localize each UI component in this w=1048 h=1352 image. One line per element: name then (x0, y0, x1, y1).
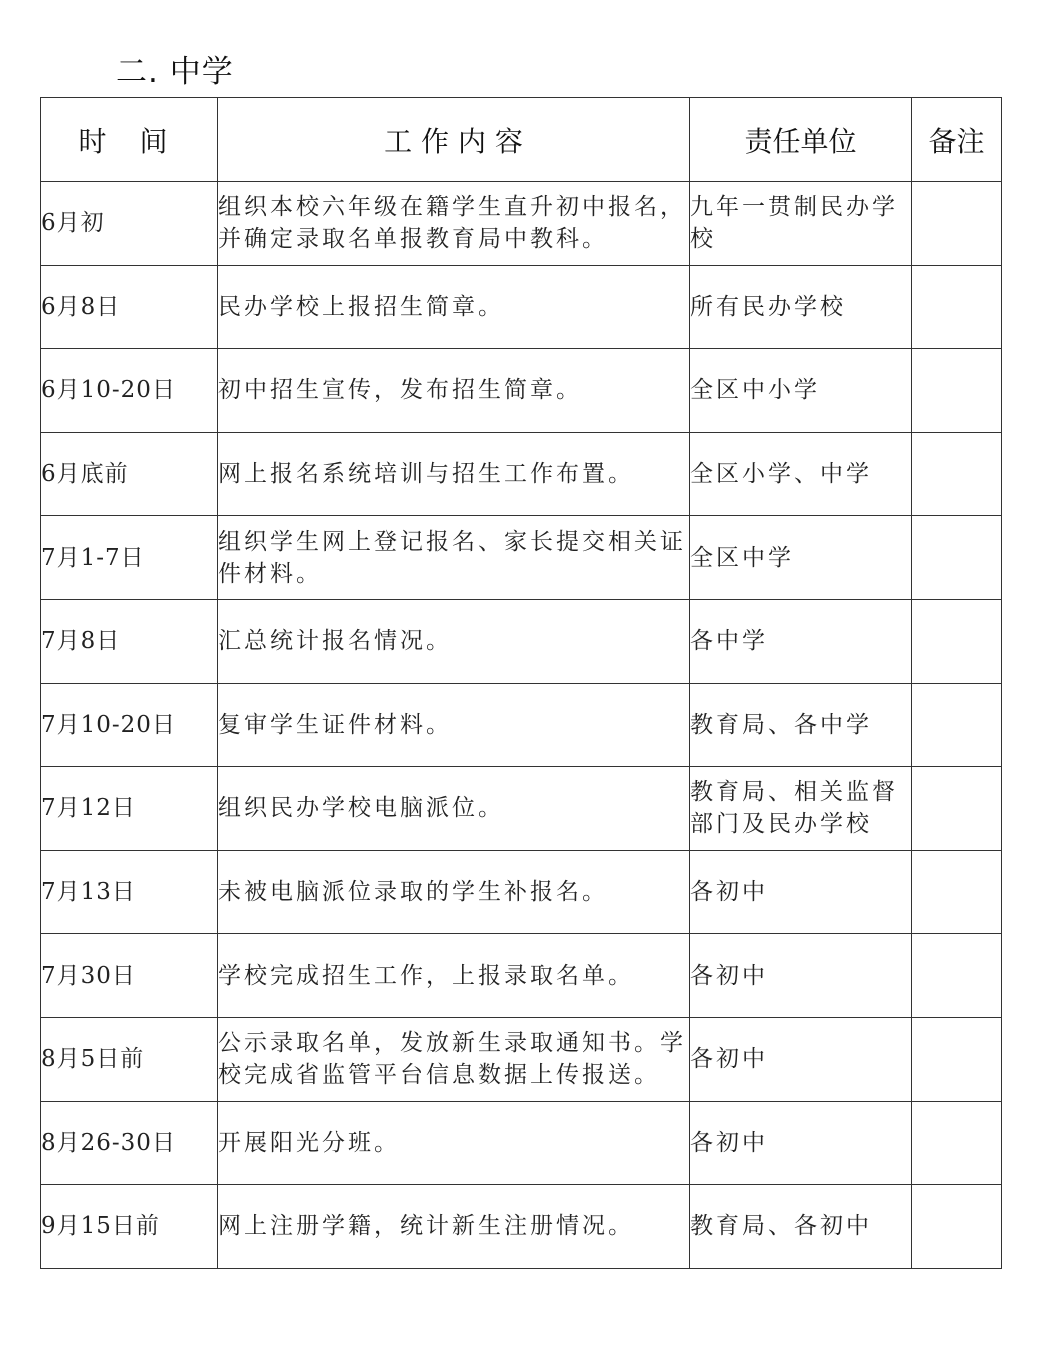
cell-time: 9月15日前 (41, 1185, 218, 1269)
cell-time: 8月5日前 (41, 1017, 218, 1101)
table-row: 9月15日前网上注册学籍，统计新生注册情况。教育局、各初中 (41, 1185, 1002, 1269)
cell-note (912, 934, 1002, 1018)
table-row: 7月1-7日组织学生网上登记报名、家长提交相关证件材料。全区中学 (41, 516, 1002, 600)
enrollment-schedule-table: 时 间 工 作 内 容 责任单位 备注 6月初组织本校六年级在籍学生直升初中报名… (40, 97, 1002, 1269)
cell-unit: 九年一贯制民办学校 (690, 182, 912, 266)
cell-unit: 各初中 (690, 934, 912, 1018)
cell-unit: 各初中 (690, 850, 912, 934)
table-row: 8月5日前公示录取名单，发放新生录取通知书。学校完成省监管平台信息数据上传报送。… (41, 1017, 1002, 1101)
cell-unit: 教育局、相关监督部门及民办学校 (690, 767, 912, 851)
table-row: 7月12日组织民办学校电脑派位。教育局、相关监督部门及民办学校 (41, 767, 1002, 851)
table-row: 7月13日未被电脑派位录取的学生补报名。各初中 (41, 850, 1002, 934)
table-row: 7月10-20日复审学生证件材料。教育局、各中学 (41, 683, 1002, 767)
cell-note (912, 683, 1002, 767)
cell-content: 初中招生宣传，发布招生简章。 (218, 349, 690, 433)
cell-content: 复审学生证件材料。 (218, 683, 690, 767)
cell-note (912, 850, 1002, 934)
cell-unit: 全区中学 (690, 516, 912, 600)
cell-content: 网上报名系统培训与招生工作布置。 (218, 432, 690, 516)
cell-note (912, 1185, 1002, 1269)
cell-unit: 教育局、各初中 (690, 1185, 912, 1269)
table-row: 6月10-20日初中招生宣传，发布招生简章。全区中小学 (41, 349, 1002, 433)
cell-unit: 全区中小学 (690, 349, 912, 433)
cell-unit: 教育局、各中学 (690, 683, 912, 767)
cell-time: 7月30日 (41, 934, 218, 1018)
header-unit: 责任单位 (690, 98, 912, 182)
cell-content: 未被电脑派位录取的学生补报名。 (218, 850, 690, 934)
cell-note (912, 432, 1002, 516)
cell-content: 汇总统计报名情况。 (218, 599, 690, 683)
cell-note (912, 516, 1002, 600)
cell-unit: 各中学 (690, 599, 912, 683)
cell-content: 公示录取名单，发放新生录取通知书。学校完成省监管平台信息数据上传报送。 (218, 1017, 690, 1101)
cell-time: 6月初 (41, 182, 218, 266)
cell-note (912, 349, 1002, 433)
cell-content: 开展阳光分班。 (218, 1101, 690, 1185)
table-row: 7月30日学校完成招生工作，上报录取名单。各初中 (41, 934, 1002, 1018)
cell-content: 组织本校六年级在籍学生直升初中报名，并确定录取名单报教育局中教科。 (218, 182, 690, 266)
cell-content: 学校完成招生工作，上报录取名单。 (218, 934, 690, 1018)
table-header-row: 时 间 工 作 内 容 责任单位 备注 (41, 98, 1002, 182)
cell-note (912, 265, 1002, 349)
table-row: 7月8日汇总统计报名情况。各中学 (41, 599, 1002, 683)
cell-time: 6月8日 (41, 265, 218, 349)
cell-time: 7月12日 (41, 767, 218, 851)
cell-time: 7月10-20日 (41, 683, 218, 767)
cell-content: 网上注册学籍，统计新生注册情况。 (218, 1185, 690, 1269)
cell-content: 民办学校上报招生简章。 (218, 265, 690, 349)
cell-note (912, 599, 1002, 683)
cell-unit: 各初中 (690, 1101, 912, 1185)
cell-time: 6月10-20日 (41, 349, 218, 433)
header-content: 工 作 内 容 (218, 98, 690, 182)
cell-note (912, 1017, 1002, 1101)
cell-time: 8月26-30日 (41, 1101, 218, 1185)
header-time: 时 间 (41, 98, 218, 182)
table-row: 6月8日民办学校上报招生简章。所有民办学校 (41, 265, 1002, 349)
table-body: 6月初组织本校六年级在籍学生直升初中报名，并确定录取名单报教育局中教科。九年一贯… (41, 182, 1002, 1269)
cell-time: 7月8日 (41, 599, 218, 683)
section-title: 二. 中学 (116, 52, 234, 92)
cell-time: 7月1-7日 (41, 516, 218, 600)
header-note: 备注 (912, 98, 1002, 182)
cell-time: 7月13日 (41, 850, 218, 934)
cell-unit: 所有民办学校 (690, 265, 912, 349)
table-row: 6月初组织本校六年级在籍学生直升初中报名，并确定录取名单报教育局中教科。九年一贯… (41, 182, 1002, 266)
cell-note (912, 767, 1002, 851)
table-row: 6月底前网上报名系统培训与招生工作布置。全区小学、中学 (41, 432, 1002, 516)
cell-time: 6月底前 (41, 432, 218, 516)
cell-note (912, 182, 1002, 266)
cell-unit: 全区小学、中学 (690, 432, 912, 516)
cell-content: 组织民办学校电脑派位。 (218, 767, 690, 851)
cell-content: 组织学生网上登记报名、家长提交相关证件材料。 (218, 516, 690, 600)
table-row: 8月26-30日开展阳光分班。各初中 (41, 1101, 1002, 1185)
cell-note (912, 1101, 1002, 1185)
cell-unit: 各初中 (690, 1017, 912, 1101)
